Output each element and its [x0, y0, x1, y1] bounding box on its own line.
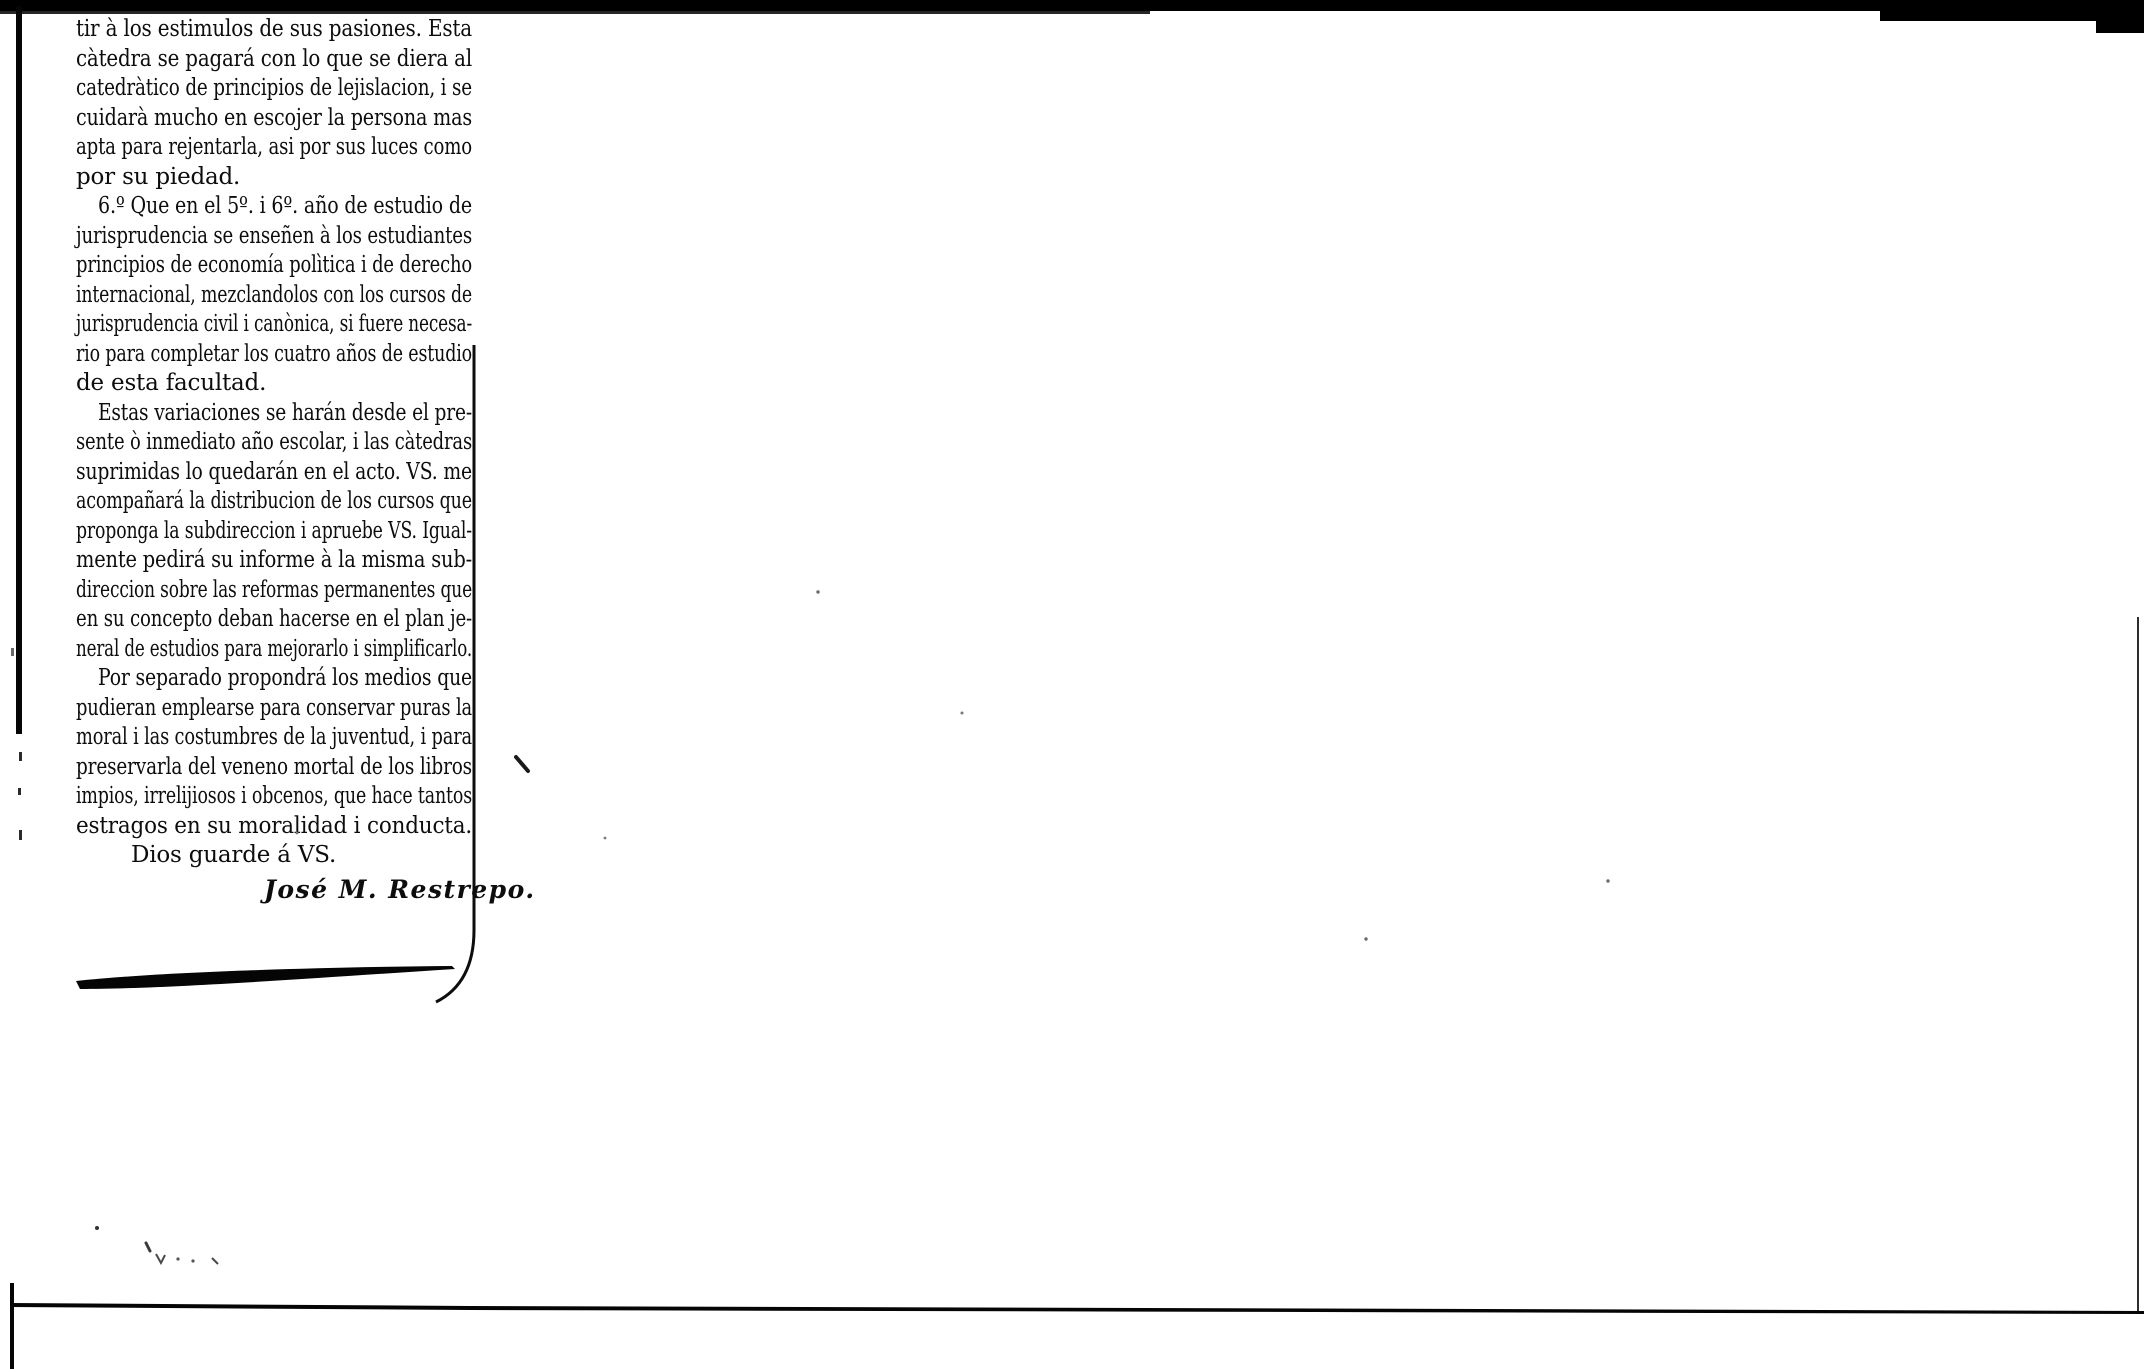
text-line: jurisprudencia civil i canònica, si fuer…: [76, 310, 472, 340]
text-line-content: pudieran emplearse para conservar puras …: [76, 694, 472, 724]
text-line-content: Por separado propondrá los medios que: [98, 664, 472, 694]
text-line: internacional, mezclandolos con los curs…: [76, 281, 472, 311]
top-border-underline: [0, 11, 1150, 14]
bottom-left-corner-rule: [10, 1283, 14, 1369]
text-line-content: Estas variaciones se harán desde el pre-: [98, 399, 472, 429]
text-line: por su piedad.: [76, 163, 472, 193]
swelled-rule: [76, 966, 455, 989]
text-line-content: jurisprudencia civil i canònica, si fuer…: [76, 310, 472, 340]
paragraphs-container: tir à los estimulos de sus pasiones. Est…: [76, 15, 472, 841]
text-line-content: proponga la subdireccion i apruebe VS. I…: [76, 517, 472, 547]
top-right-corner-blot: [2096, 0, 2144, 33]
text-line-content: moral i las costumbres de la juventud, i…: [76, 723, 472, 753]
text-line-content: suprimidas lo quedarán en el acto. VS. m…: [76, 458, 472, 488]
handwriting-remnant: [146, 1243, 150, 1251]
text-line: Por separado propondrá los medios que: [76, 664, 472, 694]
text-line-content: apta para rejentarla, asi por sus luces …: [76, 133, 472, 163]
handwriting-remnant: [156, 1254, 165, 1263]
right-edge-line: [2137, 617, 2139, 1311]
valediction-line: Dios guarde á VS.: [76, 841, 472, 871]
text-line: preservarla del veneno mortal de los lib…: [76, 753, 472, 783]
handwriting-remnant: [212, 1258, 218, 1264]
text-line-content: cuidarà mucho en escojer la persona mas: [76, 104, 472, 134]
handwriting-remnant: [176, 1257, 179, 1260]
text-line-content: en su concepto deban hacerse en el plan …: [76, 605, 472, 635]
text-line: cuidarà mucho en escojer la persona mas: [76, 104, 472, 134]
text-line: impios, irrelijiosos i obcenos, que hace…: [76, 782, 472, 812]
ink-speck: [816, 590, 819, 593]
text-line-content: 6.º Que en el 5º. i 6º. año de estudio d…: [98, 192, 472, 222]
ink-speck: [604, 837, 607, 840]
text-line-content: sente ò inmediato año escolar, i las càt…: [76, 428, 472, 458]
text-line: 6.º Que en el 5º. i 6º. año de estudio d…: [76, 192, 472, 222]
text-line-content: impios, irrelijiosos i obcenos, que hace…: [76, 782, 472, 812]
text-line: tir à los estimulos de sus pasiones. Est…: [76, 15, 472, 45]
ink-speck: [95, 1226, 99, 1230]
left-margin-tick: [19, 830, 22, 840]
handwriting-remnant: [191, 1259, 194, 1262]
text-line: apta para rejentarla, asi por sus luces …: [76, 133, 472, 163]
text-line: rio para completar los cuatro años de es…: [76, 340, 472, 370]
text-line-content: jurisprudencia se enseñen à los estudian…: [76, 222, 472, 252]
left-margin-tick: [11, 648, 14, 656]
left-margin-tick: [18, 788, 21, 795]
left-margin-tick: [19, 752, 22, 761]
text-line: suprimidas lo quedarán en el acto. VS. m…: [76, 458, 472, 488]
text-line: en su concepto deban hacerse en el plan …: [76, 605, 472, 635]
text-line-content: acompañará la distribucion de los cursos…: [76, 487, 472, 517]
text-line: acompañará la distribucion de los cursos…: [76, 487, 472, 517]
top-border-bar: [0, 0, 2144, 11]
text-line-content: estragos en su moralidad i conducta.: [76, 812, 472, 842]
ink-speck: [1606, 879, 1609, 882]
text-line: mente pedirá su informe à la misma sub-: [76, 546, 472, 576]
text-line: direccion sobre las reformas permanentes…: [76, 576, 472, 606]
text-line: Estas variaciones se harán desde el pre-: [76, 399, 472, 429]
text-line: sente ò inmediato año escolar, i las càt…: [76, 428, 472, 458]
text-line-content: preservarla del veneno mortal de los lib…: [76, 753, 472, 783]
ink-tick-mark: [516, 757, 528, 771]
ink-speck: [1364, 937, 1367, 940]
text-line: pudieran emplearse para conservar puras …: [76, 694, 472, 724]
text-line: catedràtico de principios de lejislacion…: [76, 74, 472, 104]
text-line-content: principios de economía polìtica i de der…: [76, 251, 472, 281]
text-line: moral i las costumbres de la juventud, i…: [76, 723, 472, 753]
text-line-content: por su piedad.: [76, 163, 240, 193]
text-line: de esta facultad.: [76, 369, 472, 399]
text-line-content: neral de estudios para mejorarlo i simpl…: [76, 635, 472, 665]
text-line: proponga la subdireccion i apruebe VS. I…: [76, 517, 472, 547]
text-line-content: càtedra se pagará con lo que se diera al: [76, 45, 472, 75]
valediction-text: Dios guarde á VS.: [131, 841, 336, 871]
text-line-content: mente pedirá su informe à la misma sub-: [76, 546, 472, 576]
text-line: principios de economía polìtica i de der…: [76, 251, 472, 281]
signature-line: José M. Restrepo.: [264, 875, 472, 905]
text-line: jurisprudencia se enseñen à los estudian…: [76, 222, 472, 252]
ink-speck: [961, 712, 964, 715]
text-line-content: de esta facultad.: [76, 369, 266, 399]
text-line-content: catedràtico de principios de lejislacion…: [76, 74, 472, 104]
scanned-letter-page: tir à los estimulos de sus pasiones. Est…: [0, 0, 2144, 1369]
bottom-border-line: [10, 1303, 2144, 1314]
text-line-content: rio para completar los cuatro años de es…: [76, 340, 472, 370]
text-line: càtedra se pagará con lo que se diera al: [76, 45, 472, 75]
text-line: neral de estudios para mejorarlo i simpl…: [76, 635, 472, 665]
left-margin-rule: [16, 6, 22, 734]
text-line-content: direccion sobre las reformas permanentes…: [76, 576, 472, 606]
letter-body-text: tir à los estimulos de sus pasiones. Est…: [76, 15, 472, 904]
text-line-content: internacional, mezclandolos con los curs…: [76, 281, 472, 311]
text-line: estragos en su moralidad i conducta.: [76, 812, 472, 842]
text-line-content: tir à los estimulos de sus pasiones. Est…: [76, 15, 472, 45]
